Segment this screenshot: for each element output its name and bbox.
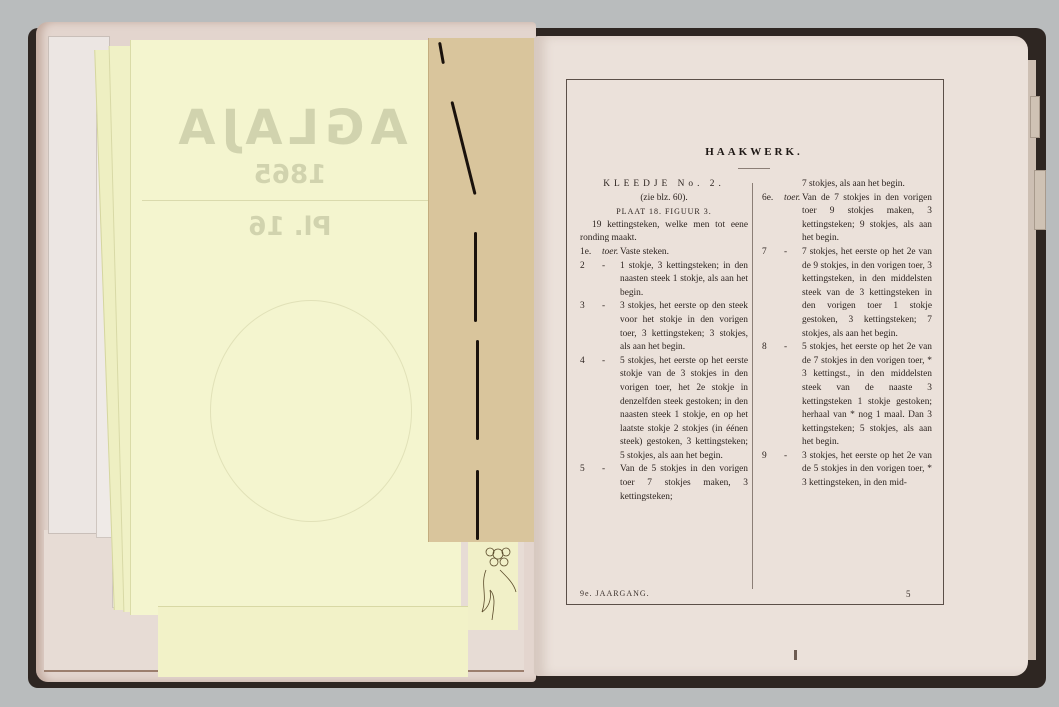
- round-number: 7: [762, 246, 784, 341]
- round-row: 1e. toer. Vaste steken.: [580, 246, 748, 260]
- ink-line: [476, 470, 479, 540]
- round-number: 4: [580, 355, 602, 464]
- embroidery-pattern-outline: [210, 300, 412, 522]
- page-heading: HAAKWERK.: [566, 146, 942, 158]
- brown-paper-strip: [428, 38, 535, 542]
- round-text: 5 stokjes, het eerste op het eerste stok…: [620, 355, 748, 464]
- round-number: 9: [762, 450, 784, 491]
- ink-line: [474, 232, 477, 322]
- round-text: Van de 7 stokjes in den vorigen toer 9 s…: [802, 192, 932, 246]
- right-column: 7 stokjes, als aan het begin. 6e. toer. …: [762, 178, 932, 491]
- round-number: 3: [580, 300, 602, 354]
- round-row: 3 - 3 stokjes, het eerste op den steek v…: [580, 300, 748, 354]
- left-column: KLEEDJE No. 2. (zie blz. 60). PLAAT 18. …: [580, 178, 748, 504]
- round-text: 3 stokjes, het eerste op den steek voor …: [620, 300, 748, 354]
- page-number: 5: [906, 589, 911, 599]
- round-dash: -: [602, 300, 620, 354]
- continuation-text: 7 stokjes, als aan het begin.: [762, 178, 932, 192]
- heading-rule: [738, 168, 770, 169]
- round-row: 4 - 5 stokjes, het eerste op het eerste …: [580, 355, 748, 464]
- round-dash: -: [784, 341, 802, 450]
- floral-ornament: [468, 540, 518, 630]
- round-dash: -: [602, 355, 620, 464]
- plate-reference: PLAAT 18. FIGUUR 3.: [580, 205, 748, 219]
- round-label: toer.: [784, 192, 802, 246]
- round-row: 5 - Van de 5 stokjes in den vorigen toer…: [580, 463, 748, 504]
- round-number: 2: [580, 260, 602, 301]
- binding-thread: [794, 650, 797, 660]
- round-dash: -: [784, 450, 802, 491]
- volume-footer: 9e. JAARGANG.: [580, 589, 650, 598]
- round-number: 1e.: [580, 246, 602, 260]
- intro-text: 19 kettingsteken, welke men tot eene ron…: [580, 219, 748, 246]
- show-through-title: AGLAJA: [140, 100, 440, 156]
- tissue-fold-line: [142, 200, 442, 201]
- show-through-year: 1865: [140, 160, 440, 190]
- round-text: Van de 5 stokjes in den vorigen toer 7 s…: [620, 463, 748, 504]
- round-text: 3 stokjes, het eerste op het 2e van de 5…: [802, 450, 932, 491]
- round-number: 5: [580, 463, 602, 504]
- round-dash: -: [602, 463, 620, 504]
- floral-ornament-icon: [468, 540, 518, 630]
- round-number: 6e.: [762, 192, 784, 246]
- page-tab: [1030, 96, 1040, 138]
- round-dash: -: [602, 260, 620, 301]
- round-row: 2 - 1 stokje, 3 kettingsteken; in den na…: [580, 260, 748, 301]
- round-text: 7 stokjes, het eerste op het 2e van de 9…: [802, 246, 932, 341]
- round-text: 5 stokjes, het eerste op het 2e van de 7…: [802, 341, 932, 450]
- page-tab: [1034, 170, 1046, 230]
- pattern-title: KLEEDJE No. 2.: [580, 178, 748, 192]
- show-through-plate: Pl. 16: [140, 212, 440, 242]
- round-label: toer.: [602, 246, 620, 260]
- round-row: 7 - 7 stokjes, het eerste op het 2e van …: [762, 246, 932, 341]
- round-dash: -: [784, 246, 802, 341]
- page-reference: (zie blz. 60).: [580, 192, 748, 206]
- round-text: Vaste steken.: [620, 246, 748, 260]
- round-text: 1 stokje, 3 kettingsteken; in den naaste…: [620, 260, 748, 301]
- round-row: 8 - 5 stokjes, het eerste op het 2e van …: [762, 341, 932, 450]
- round-row: 9 - 3 stokjes, het eerste op het 2e van …: [762, 450, 932, 491]
- column-divider: [752, 183, 753, 589]
- ink-line: [476, 340, 479, 440]
- round-row: 6e. toer. Van de 7 stokjes in den vorige…: [762, 192, 932, 246]
- round-number: 8: [762, 341, 784, 450]
- tissue-bottom-flap: [158, 606, 468, 677]
